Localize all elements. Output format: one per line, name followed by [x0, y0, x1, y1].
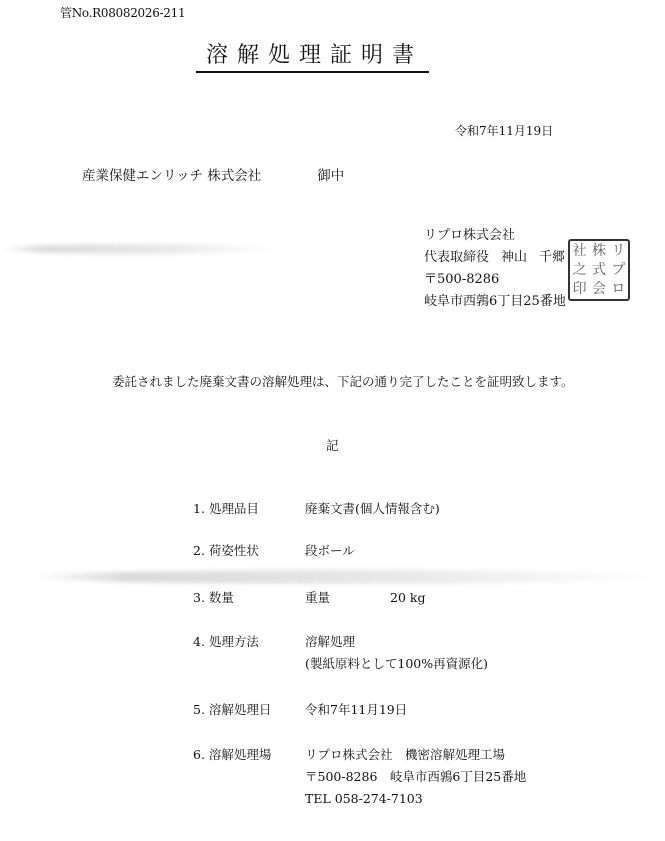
item-label: 1. 処理品目	[193, 499, 305, 521]
item-value: リプロ株式会社 機密溶解処理工場 〒500-8286 岐阜市西鶉6丁目25番地 …	[305, 745, 526, 811]
scan-artifact-streak	[0, 244, 280, 254]
issuer-block: リプロ株式会社 代表取締役神山千郷 〒500-8286 岐阜市西鶉6丁目25番地	[424, 225, 566, 313]
item-value: 段ボール	[305, 541, 355, 563]
seal-char: リ	[609, 244, 628, 258]
issuer-representative: 代表取締役神山千郷	[424, 247, 566, 269]
issuer-last-name: 神山	[501, 250, 527, 265]
seal-char: ロ	[609, 282, 628, 296]
item-value-line: リプロ株式会社 機密溶解処理工場	[305, 745, 526, 767]
issuer-title: 代表取締役	[424, 250, 489, 265]
item-label: 6. 溶解処理場	[193, 745, 305, 811]
seal-char: プ	[609, 263, 628, 277]
seal-char: 式	[589, 263, 608, 277]
item-value-line: TEL 058-274-7103	[305, 789, 526, 811]
item-label: 4. 処理方法	[193, 632, 305, 676]
addressee: 産業保健エンリッチ 株式会社御中	[82, 164, 344, 184]
quantity-value: 20 kg	[390, 590, 425, 605]
scan-artifact-streak	[30, 570, 665, 584]
addressee-honorific: 御中	[317, 168, 344, 184]
item-value: 廃棄文書(個人情報含む)	[305, 499, 440, 521]
company-seal-stamp: リ プ ロ 株 式 会 社 之 印	[568, 239, 630, 301]
issue-date: 令和7年11月19日	[455, 122, 553, 139]
seal-char: 印	[570, 282, 589, 296]
item-processing-facility: 6. 溶解処理場 リプロ株式会社 機密溶解処理工場 〒500-8286 岐阜市西…	[193, 745, 526, 811]
ki-heading: 記	[326, 436, 339, 454]
item-value-line: 廃棄文書(個人情報含む)	[305, 499, 440, 521]
item-value-line: 溶解処理	[305, 632, 488, 654]
issuer-postal: 〒500-8286	[424, 269, 566, 291]
item-label: 3. 数量	[193, 588, 305, 610]
issuer-company: リプロ株式会社	[424, 225, 566, 247]
seal-char: 社	[570, 244, 589, 258]
item-label: 2. 荷姿性状	[193, 541, 305, 563]
item-value-line: 段ボール	[305, 541, 355, 563]
seal-char: 之	[570, 263, 589, 277]
quantity-label: 重量	[305, 590, 330, 605]
document-title: 溶解処理証明書	[196, 38, 429, 73]
item-processing-material: 1. 処理品目 廃棄文書(個人情報含む)	[193, 499, 440, 521]
certification-statement: 委託されました廃棄文書の溶解処理は、下記の通り完了したことを証明致します。	[112, 372, 574, 390]
addressee-name: 産業保健エンリッチ 株式会社	[82, 168, 261, 184]
item-value: 令和7年11月19日	[305, 700, 407, 722]
item-processing-method: 4. 処理方法 溶解処理 (製紙原料として100%再資源化)	[193, 632, 488, 676]
seal-char: 株	[589, 244, 608, 258]
issuer-first-name: 千郷	[539, 250, 565, 265]
seal-char: 会	[589, 282, 608, 296]
item-value-line: (製紙原料として100%再資源化)	[305, 654, 488, 676]
issuer-address: 岐阜市西鶉6丁目25番地	[424, 291, 566, 313]
management-number: 管No.R08082026-211	[60, 4, 185, 21]
item-packaging: 2. 荷姿性状 段ボール	[193, 541, 355, 563]
item-value-line: 〒500-8286 岐阜市西鶉6丁目25番地	[305, 767, 526, 789]
item-value: 溶解処理 (製紙原料として100%再資源化)	[305, 632, 488, 676]
item-processing-date: 5. 溶解処理日 令和7年11月19日	[193, 700, 407, 722]
item-quantity: 3. 数量 重量20 kg	[193, 588, 425, 610]
item-value: 重量20 kg	[305, 588, 425, 610]
item-value-line: 令和7年11月19日	[305, 700, 407, 722]
item-label: 5. 溶解処理日	[193, 700, 305, 722]
